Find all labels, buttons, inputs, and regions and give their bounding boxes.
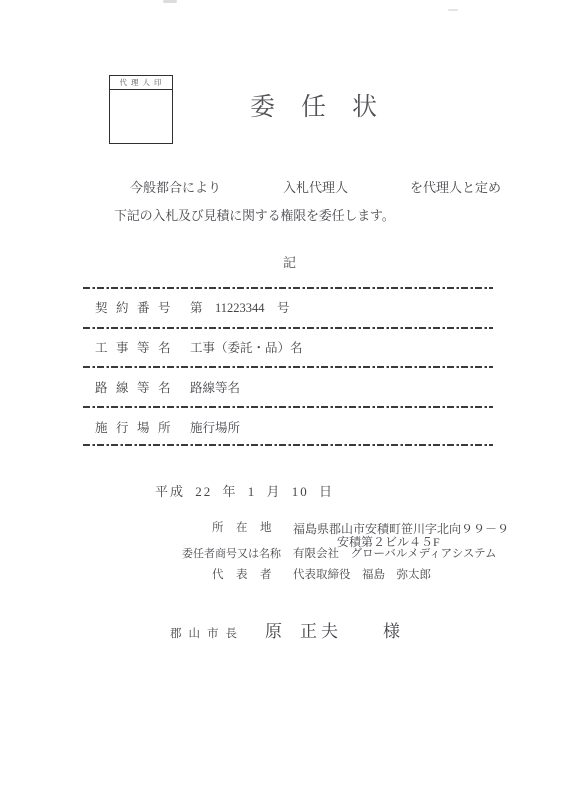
field-label-work-name: 工事等名 <box>95 342 179 355</box>
field-label-route-name: 路線等名 <box>95 382 179 395</box>
field-divider-rule <box>83 444 493 446</box>
addressee-honorific: 様 <box>383 623 400 640</box>
field-value-work-name: 工事（委託・品）名 <box>190 342 303 355</box>
section-marker-ki: 記 <box>283 256 296 269</box>
scan-artifact <box>163 0 177 3</box>
addressee-given-name: 正夫 <box>300 623 342 640</box>
field-divider-rule <box>83 366 493 368</box>
proxy-letter-page: 代理人印 委任状 今般都合により 入札代理人 を代理人と定め 下記の入札及び見積… <box>0 0 563 800</box>
intro-clause-lead: 今般都合により <box>130 181 221 194</box>
issuer-representative-label: 代表者 <box>212 570 284 582</box>
field-value-site-location: 施行場所 <box>190 422 240 435</box>
issuer-company-label: 委任者商号又は名称 <box>182 549 281 560</box>
addressee-surname: 原 <box>265 623 282 640</box>
proxy-seal-label: 代理人印 <box>110 76 172 90</box>
scan-artifact <box>448 9 458 11</box>
field-value-contract-number: 第 11223344 号 <box>190 302 290 315</box>
issuer-address-line1: 福島県郡山市安積町笹川字北向９９－９ <box>293 523 509 535</box>
intro-line2: 下記の入札及び見積に関する権限を委任します。 <box>114 209 395 222</box>
field-value-route-name: 路線等名 <box>190 382 240 395</box>
document-title: 委任状 <box>250 95 403 120</box>
issuer-address-line2: 安積第２ビル４５F <box>337 536 440 548</box>
field-divider-rule <box>83 287 493 289</box>
issuer-representative-name: 代表取締役 福島 弥太郎 <box>293 570 431 582</box>
proxy-seal-box: 代理人印 <box>109 75 173 144</box>
intro-agent-name: 入札代理人 <box>283 181 348 194</box>
intro-clause-tail: を代理人と定め <box>410 181 501 194</box>
field-divider-rule <box>83 406 493 408</box>
field-label-contract-number: 契約番号 <box>95 302 179 315</box>
document-date: 平成 22 年 1 月 10 日 <box>155 485 334 498</box>
issuer-company-name: 有限会社 グローバルメディアシステム <box>293 549 497 561</box>
addressee-office-title: 郡山市長 <box>170 629 244 641</box>
issuer-address-label: 所在地 <box>212 523 284 535</box>
field-divider-rule <box>83 327 493 329</box>
field-label-site-location: 施行場所 <box>95 422 179 435</box>
